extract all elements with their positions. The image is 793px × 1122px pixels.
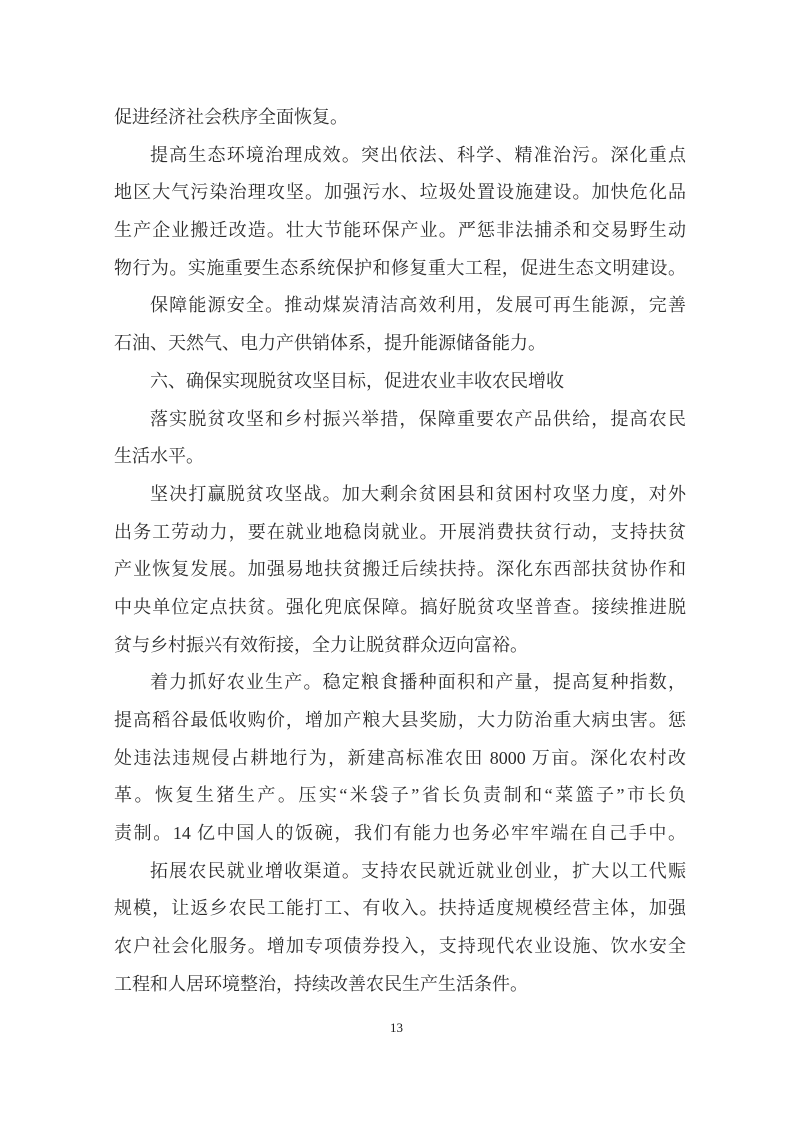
text-line: 着力抓好农业生产。稳定粮食播种面积和产量，提高复种指数， [114, 664, 686, 702]
text-line: 生活水平。 [114, 438, 686, 476]
text-line: 提高稻谷最低收购价，增加产粮大县奖励，大力防治重大病虫害。惩 [114, 702, 686, 740]
text-line: 落实脱贫攻坚和乡村振兴举措，保障重要农产品供给，提高农民 [114, 401, 686, 439]
document-page: 促进经济社会秩序全面恢复。提高生态环境治理成效。突出依法、科学、精准治污。深化重… [0, 0, 793, 1122]
text-line: 产业恢复发展。加强易地扶贫搬迁后续扶持。深化东西部扶贫协作和 [114, 551, 686, 589]
text-line: 责制。14 亿中国人的饭碗，我们有能力也务必牢牢端在自己手中。 [114, 815, 686, 853]
text-line: 贫与乡村振兴有效衔接，全力让脱贫群众迈向富裕。 [114, 627, 686, 665]
text-line: 坚决打赢脱贫攻坚战。加大剩余贫困县和贫困村攻坚力度，对外 [114, 476, 686, 514]
text-line: 保障能源安全。推动煤炭清洁高效利用，发展可再生能源，完善 [114, 287, 686, 325]
text-line: 出务工劳动力，要在就业地稳岗就业。开展消费扶贫行动，支持扶贫 [114, 514, 686, 552]
document-body-text: 促进经济社会秩序全面恢复。提高生态环境治理成效。突出依法、科学、精准治污。深化重… [114, 99, 686, 1004]
text-line: 促进经济社会秩序全面恢复。 [114, 99, 686, 137]
text-line: 石油、天然气、电力产供销体系，提升能源储备能力。 [114, 325, 686, 363]
section-heading-line: 六、确保实现脱贫攻坚目标，促进农业丰收农民增收 [114, 363, 686, 401]
text-line: 农户社会化服务。增加专项债券投入，支持现代农业设施、饮水安全 [114, 928, 686, 966]
page-number: 13 [0, 1020, 793, 1036]
text-line: 生产企业搬迁改造。壮大节能环保产业。严惩非法捕杀和交易野生动 [114, 212, 686, 250]
text-line: 处违法违规侵占耕地行为，新建高标准农田 8000 万亩。深化农村改 [114, 740, 686, 778]
text-line: 中央单位定点扶贫。强化兜底保障。搞好脱贫攻坚普查。接续推进脱 [114, 589, 686, 627]
text-line: 物行为。实施重要生态系统保护和修复重大工程，促进生态文明建设。 [114, 250, 686, 288]
text-line: 工程和人居环境整治，持续改善农民生产生活条件。 [114, 966, 686, 1004]
text-line: 地区大气污染治理攻坚。加强污水、垃圾处置设施建设。加快危化品 [114, 174, 686, 212]
text-line: 提高生态环境治理成效。突出依法、科学、精准治污。深化重点 [114, 137, 686, 175]
text-line: 规模，让返乡农民工能打工、有收入。扶持适度规模经营主体，加强 [114, 890, 686, 928]
text-line: 革。恢复生猪生产。压实“米袋子”省长负责制和“菜篮子”市长负 [114, 777, 686, 815]
text-line: 拓展农民就业增收渠道。支持农民就近就业创业，扩大以工代赈 [114, 853, 686, 891]
